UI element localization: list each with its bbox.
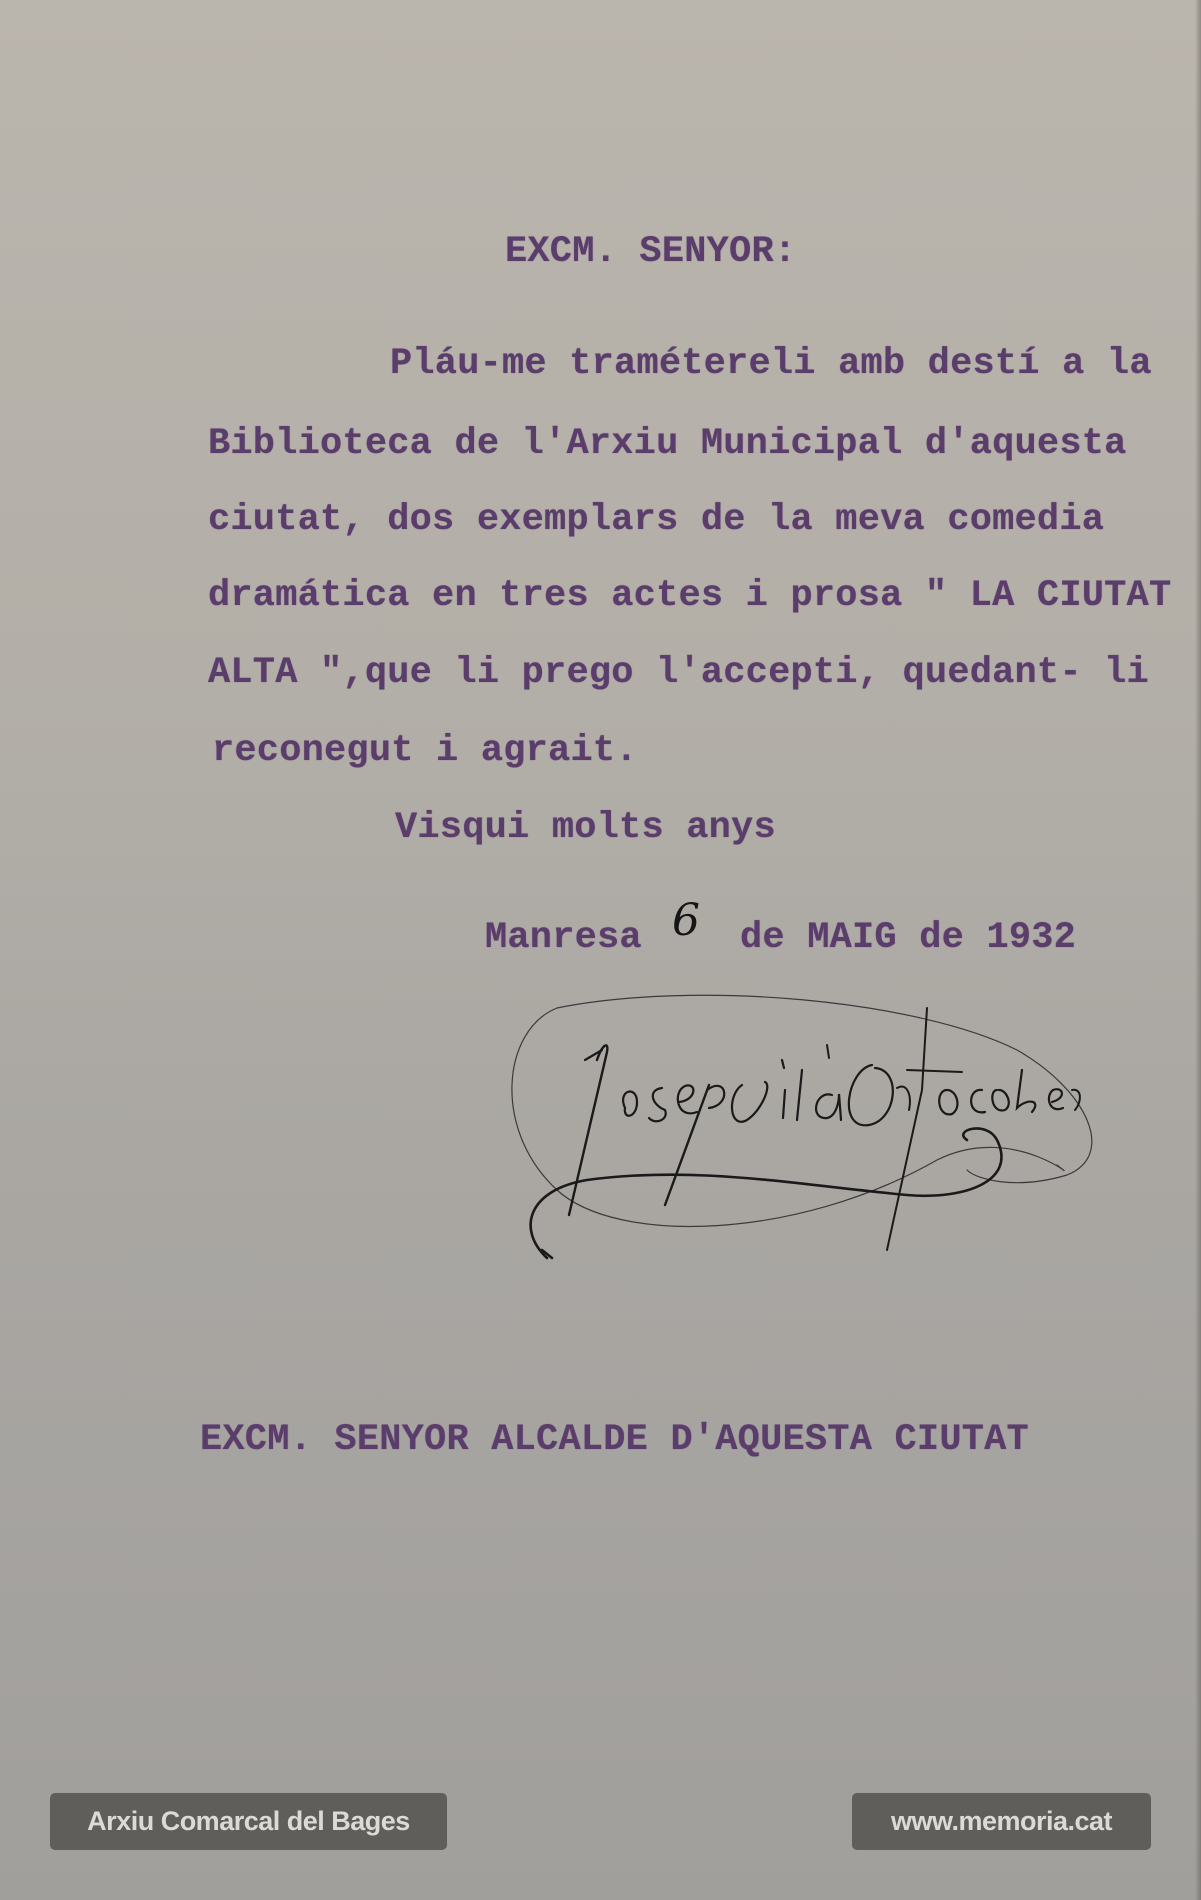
body-line-5: ALTA ",que li prego l'accepti, quedant- … [208,653,1149,693]
signature-icon [497,990,1097,1260]
website-watermark-label: www.memoria.cat [891,1806,1112,1837]
date-day-handwritten: 6 [672,895,700,946]
body-line-3: ciutat, dos exemplars de la meva comedia [208,500,1104,540]
body-line-2: Biblioteca de l'Arxiu Municipal d'aquest… [208,424,1127,464]
date-place: Manresa [485,918,642,958]
paper-edge-shadow [1195,0,1201,1900]
website-watermark: www.memoria.cat [852,1793,1151,1850]
closing-line: Visqui molts anys [395,808,776,848]
salutation: EXCM. SENYOR: [505,232,796,272]
date-month-year: de MAIG de 1932 [740,918,1076,958]
body-line-6: reconegut i agrait. [212,731,638,771]
body-line-1: Pláu-me tramétereli amb destí a la [390,344,1152,384]
archive-watermark-label: Arxiu Comarcal del Bages [87,1806,410,1837]
archive-watermark: Arxiu Comarcal del Bages [50,1793,447,1850]
body-line-4: dramática en tres actes i prosa " LA CIU… [208,576,1171,616]
addressee: EXCM. SENYOR ALCALDE D'AQUESTA CIUTAT [200,1420,1029,1460]
